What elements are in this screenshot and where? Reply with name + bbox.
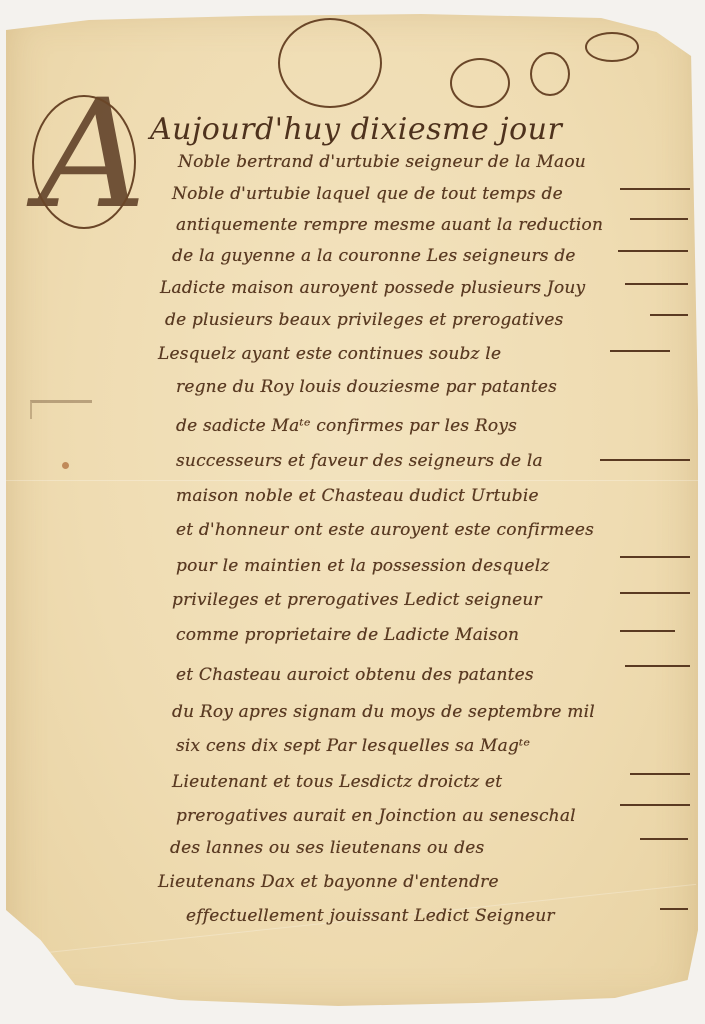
line-end-dash <box>600 459 690 461</box>
text-line: comme proprietaire de Ladicte Maison <box>176 625 519 645</box>
text-line: prerogatives aurait en Joinction au sene… <box>176 806 576 826</box>
line-end-dash <box>650 314 688 316</box>
text-line: de plusieurs beaux privileges et preroga… <box>165 310 564 330</box>
text-line: regne du Roy louis douziesme par patante… <box>176 377 557 397</box>
text-line: de la guyenne a la couronne Les seigneur… <box>172 246 576 266</box>
flourish <box>530 52 570 96</box>
flourish <box>278 18 382 108</box>
line-end-dash <box>618 250 688 252</box>
line-end-dash <box>625 665 690 667</box>
text-line: successeurs et faveur des seigneurs de l… <box>176 451 543 471</box>
line-end-dash <box>620 556 690 558</box>
line-end-dash <box>610 350 670 352</box>
text-line: Lesquelz ayant este continues soubz le <box>158 344 501 364</box>
text-line: des lannes ou ses lieutenans ou des <box>170 838 484 858</box>
flourish <box>32 95 136 229</box>
manuscript-text: A Aujourd'huy dixiesme jour Noble bertra… <box>0 0 705 1024</box>
text-line: et Chasteau auroict obtenu des patantes <box>176 665 534 685</box>
text-line: Noble bertrand d'urtubie seigneur de la … <box>178 152 586 172</box>
text-line: antiquemente rempre mesme auant la reduc… <box>176 215 603 235</box>
text-line: maison noble et Chasteau dudict Urtubie <box>176 486 539 506</box>
line-end-dash <box>660 908 688 910</box>
flourish <box>450 58 510 108</box>
line-end-dash <box>625 283 688 285</box>
line-end-dash <box>620 188 690 190</box>
line-end-dash <box>620 630 675 632</box>
text-line: de sadicte Maᵗᵉ confirmes par les Roys <box>176 416 517 436</box>
text-line: Ladicte maison auroyent possede plusieur… <box>160 278 585 298</box>
text-line: du Roy apres signam du moys de septembre… <box>172 702 595 722</box>
line-end-dash <box>620 592 690 594</box>
text-line: Noble d'urtubie laquel que de tout temps… <box>172 184 563 204</box>
line-end-dash <box>630 218 688 220</box>
flourish <box>585 32 639 62</box>
text-line: et d'honneur ont este auroyent este conf… <box>176 520 594 540</box>
text-line: pour le maintien et la possession desque… <box>176 556 550 576</box>
line-end-dash <box>640 838 688 840</box>
line-end-dash <box>630 773 690 775</box>
text-line: effectuellement jouissant Ledict Seigneu… <box>186 906 555 926</box>
line-end-dash <box>620 804 690 806</box>
text-line: Lieutenans Dax et bayonne d'entendre <box>158 872 499 892</box>
document-heading: Aujourd'huy dixiesme jour <box>150 112 562 147</box>
text-line: Lieutenant et tous Lesdictz droictz et <box>172 772 502 792</box>
text-line: privileges et prerogatives Ledict seigne… <box>172 590 542 610</box>
text-line: six cens dix sept Par lesquelles sa Magᵗ… <box>176 736 530 756</box>
